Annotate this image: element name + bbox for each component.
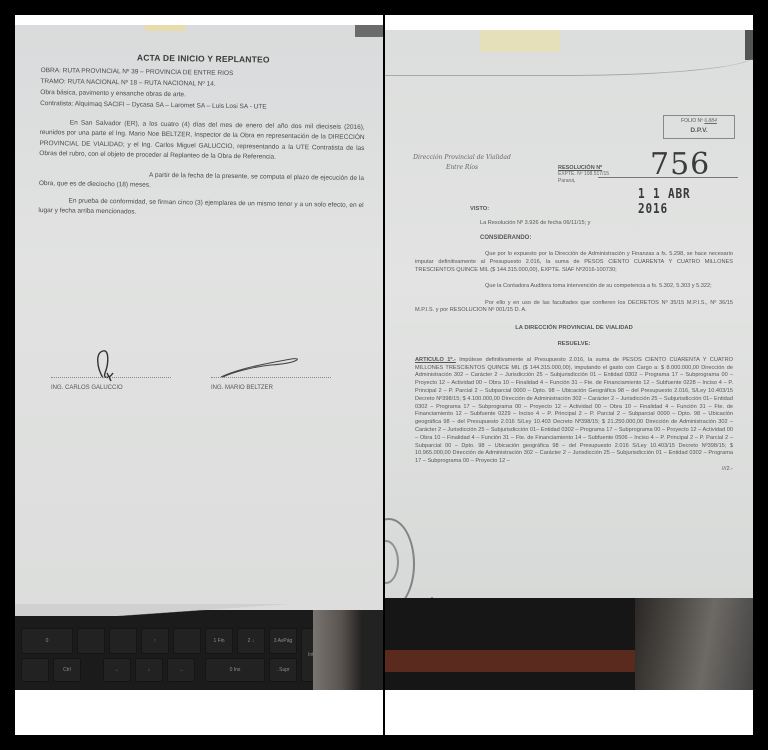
signature-line [51, 377, 171, 378]
key: ↑ [141, 628, 169, 654]
acta-paper: ACTA DE INICIO Y REPLANTEO OBRA: RUTA PR… [15, 25, 383, 610]
acta-title: ACTA DE INICIO Y REPLANTEO [41, 51, 366, 67]
seal-inner [385, 540, 399, 584]
key: ↓ [135, 658, 163, 682]
key: ← [103, 658, 131, 682]
desk-surface [313, 610, 383, 690]
right-document-photo: FOLIO Nº 6.884 D.P.V. Dirección Provinci… [385, 15, 753, 735]
considerando-paragraph: Por ello y en uso de las facultades que … [415, 300, 733, 316]
resuelve-heading: RESUELVE: [415, 341, 733, 349]
paper-edge [355, 25, 383, 37]
paper-tab [145, 25, 185, 31]
considerando-heading: CONSIDERANDO: [480, 235, 733, 243]
folio-label: FOLIO Nº [681, 118, 703, 124]
considerando-paragraph: Que por lo expuesto por la Dirección de … [415, 251, 733, 274]
visto-text: La Resolución Nº 3.926 de fecha 06/11/15… [480, 220, 733, 228]
acta-document: ACTA DE INICIO Y REPLANTEO OBRA: RUTA PR… [38, 47, 366, 222]
acta-paragraph: En San Salvador (ER), a los cuatro (4) d… [39, 117, 365, 164]
key [173, 628, 201, 654]
folio-number: 6.884 [704, 118, 717, 124]
signature-block: ING. CARLOS GALUCCIO ING. MARIO BELTZER [51, 343, 351, 393]
photo-border [15, 690, 383, 735]
resolution-body: VISTO: La Resolución Nº 3.926 de fecha 0… [415, 206, 733, 474]
key: 1 Fin [205, 628, 233, 654]
signatory-name: ING. CARLOS GALUCCIO [51, 385, 123, 391]
visto-heading: VISTO: [470, 206, 733, 214]
article-1: ARTICULO 1º.- Impútese definitivamente a… [415, 357, 733, 466]
resolution-paper: FOLIO Nº 6.884 D.P.V. Dirección Provinci… [385, 30, 753, 598]
key [77, 628, 105, 654]
page-continuation: ///2.- [415, 466, 733, 474]
article-text: Impútese definitivamente al Presupuesto … [415, 357, 733, 464]
signature-galuccio: ING. CARLOS GALUCCIO [51, 343, 171, 393]
key [109, 628, 137, 654]
folio-box: FOLIO Nº 6.884 D.P.V. [663, 115, 735, 139]
key [21, 658, 49, 682]
signature-beltzer: ING. MARIO BELTZER [211, 343, 331, 393]
key: 3 AvPág [269, 628, 297, 654]
resolution-header: 756 RESOLUCIÓN Nº EXPTE. Nº 108.517/15 P… [558, 165, 738, 185]
signature-line [211, 377, 331, 378]
authority-heading: LA DIRECCIÓN PROVINCIAL DE VIALIDAD [415, 325, 733, 333]
resolution-underline [598, 177, 738, 178]
city: Paraná, [558, 178, 738, 185]
acta-paragraph: En prueba de conformidad, se firman cinc… [38, 195, 363, 221]
folio-org: D.P.V. [664, 126, 734, 135]
article-label: ARTICULO 1º.- [415, 357, 456, 363]
paper-fold [385, 35, 753, 76]
letterhead-org: Dirección Provincial de Vialidad [397, 153, 527, 163]
key: Ctrl [53, 658, 81, 682]
keyboard-background: 0 ↑ 1 Fin 2 ↓ 3 AvPág Ctrl ← ↓ → 0 Ins .… [15, 610, 383, 690]
acta-paragraph: A partir de la fecha de la presente, se … [39, 168, 364, 194]
left-document-photo: ACTA DE INICIO Y REPLANTEO OBRA: RUTA PR… [15, 15, 383, 735]
key: → [167, 658, 195, 682]
key: 2 ↓ [237, 628, 265, 654]
considerando-paragraph: Que la Contadora Auditora toma intervenc… [415, 283, 733, 291]
key: 0 [21, 628, 73, 654]
letterhead-province: Entre Ríos [397, 163, 527, 173]
signatory-name: ING. MARIO BELTZER [211, 385, 273, 391]
letterhead: Dirección Provincial de Vialidad Entre R… [397, 153, 527, 173]
desk-surface [635, 598, 753, 690]
photo-border [385, 690, 753, 735]
keyboard-background [385, 598, 753, 690]
key: 0 Ins [205, 658, 265, 682]
key: . Supr [269, 658, 297, 682]
desk-object [385, 650, 635, 672]
official-seal-icon [385, 518, 415, 610]
